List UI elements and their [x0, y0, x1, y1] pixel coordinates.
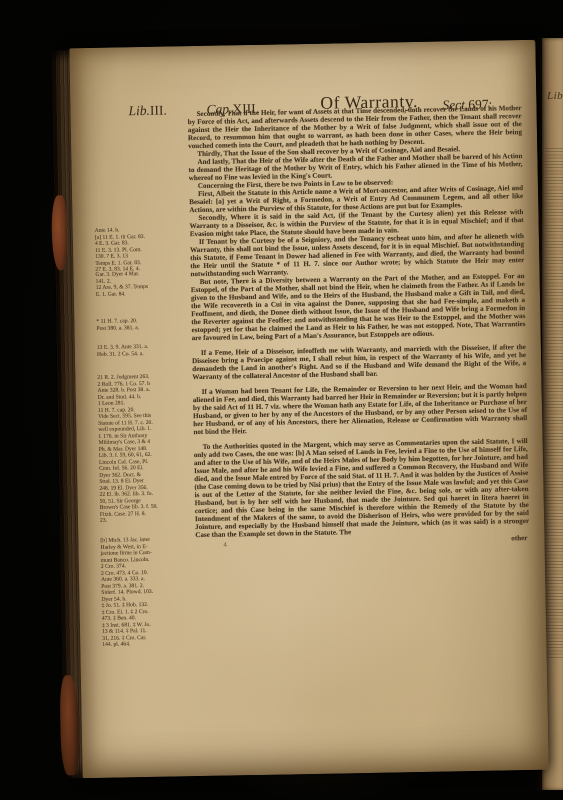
- facing-page-header-fragment: Lib: [547, 90, 563, 102]
- catchword: other: [511, 534, 527, 542]
- lib-word: Lib.: [128, 103, 150, 118]
- paragraph: But note, There is a Diversity between a…: [191, 272, 526, 342]
- paper-stain: [160, 601, 494, 800]
- margin-note: 13 E. 3. 9. Ante 331. a. Hob. 31. 2 Co. …: [97, 343, 189, 358]
- signature-mark: 4: [223, 542, 226, 550]
- paragraph: If a Feme, Heir of a Disseisor, infeoffe…: [192, 343, 527, 381]
- spine-leather-patch-top: [51, 195, 67, 270]
- main-text-column: Secondly, That if the Heir, for want of …: [188, 104, 530, 550]
- book-page: Lib. III. Cap. XIII. Of Warranty. Sect. …: [69, 40, 548, 778]
- paragraph: To the Authorities quoted in the Margent…: [194, 437, 530, 539]
- photo-background: Lib Lib. III. Cap. XIII. Of Warranty. Se…: [0, 0, 563, 800]
- margin-note: * 11 H. 7. cap. 20. Post 380. a. 381. a.: [96, 317, 188, 332]
- paragraph: If a Woman had been Tenant for Life, the…: [193, 382, 528, 436]
- lib-label: Lib. III.: [128, 103, 150, 119]
- paragraph: Secondly, That if the Heir, for want of …: [188, 104, 523, 150]
- paragraph: If Tenant by the Curtesy be of a Seignio…: [190, 232, 525, 278]
- spine-leather-patch-bottom: [60, 675, 80, 775]
- margin-note: Gar. 3. Dyer 4 Mar. 141. 2. 12 Ass. 9, &…: [95, 270, 187, 298]
- margin-note: [b] Mich. 13 Jac. inter Harley & West, i…: [100, 536, 194, 648]
- margin-note: 21 R. 2. Judgment 263. 2 Roll. 776. 1 Co…: [97, 373, 192, 524]
- margin-note: Ante 14. b. [a] 11 E. 1. tit Gar. 83. 4 …: [95, 226, 188, 273]
- lib-number: III.: [150, 103, 167, 119]
